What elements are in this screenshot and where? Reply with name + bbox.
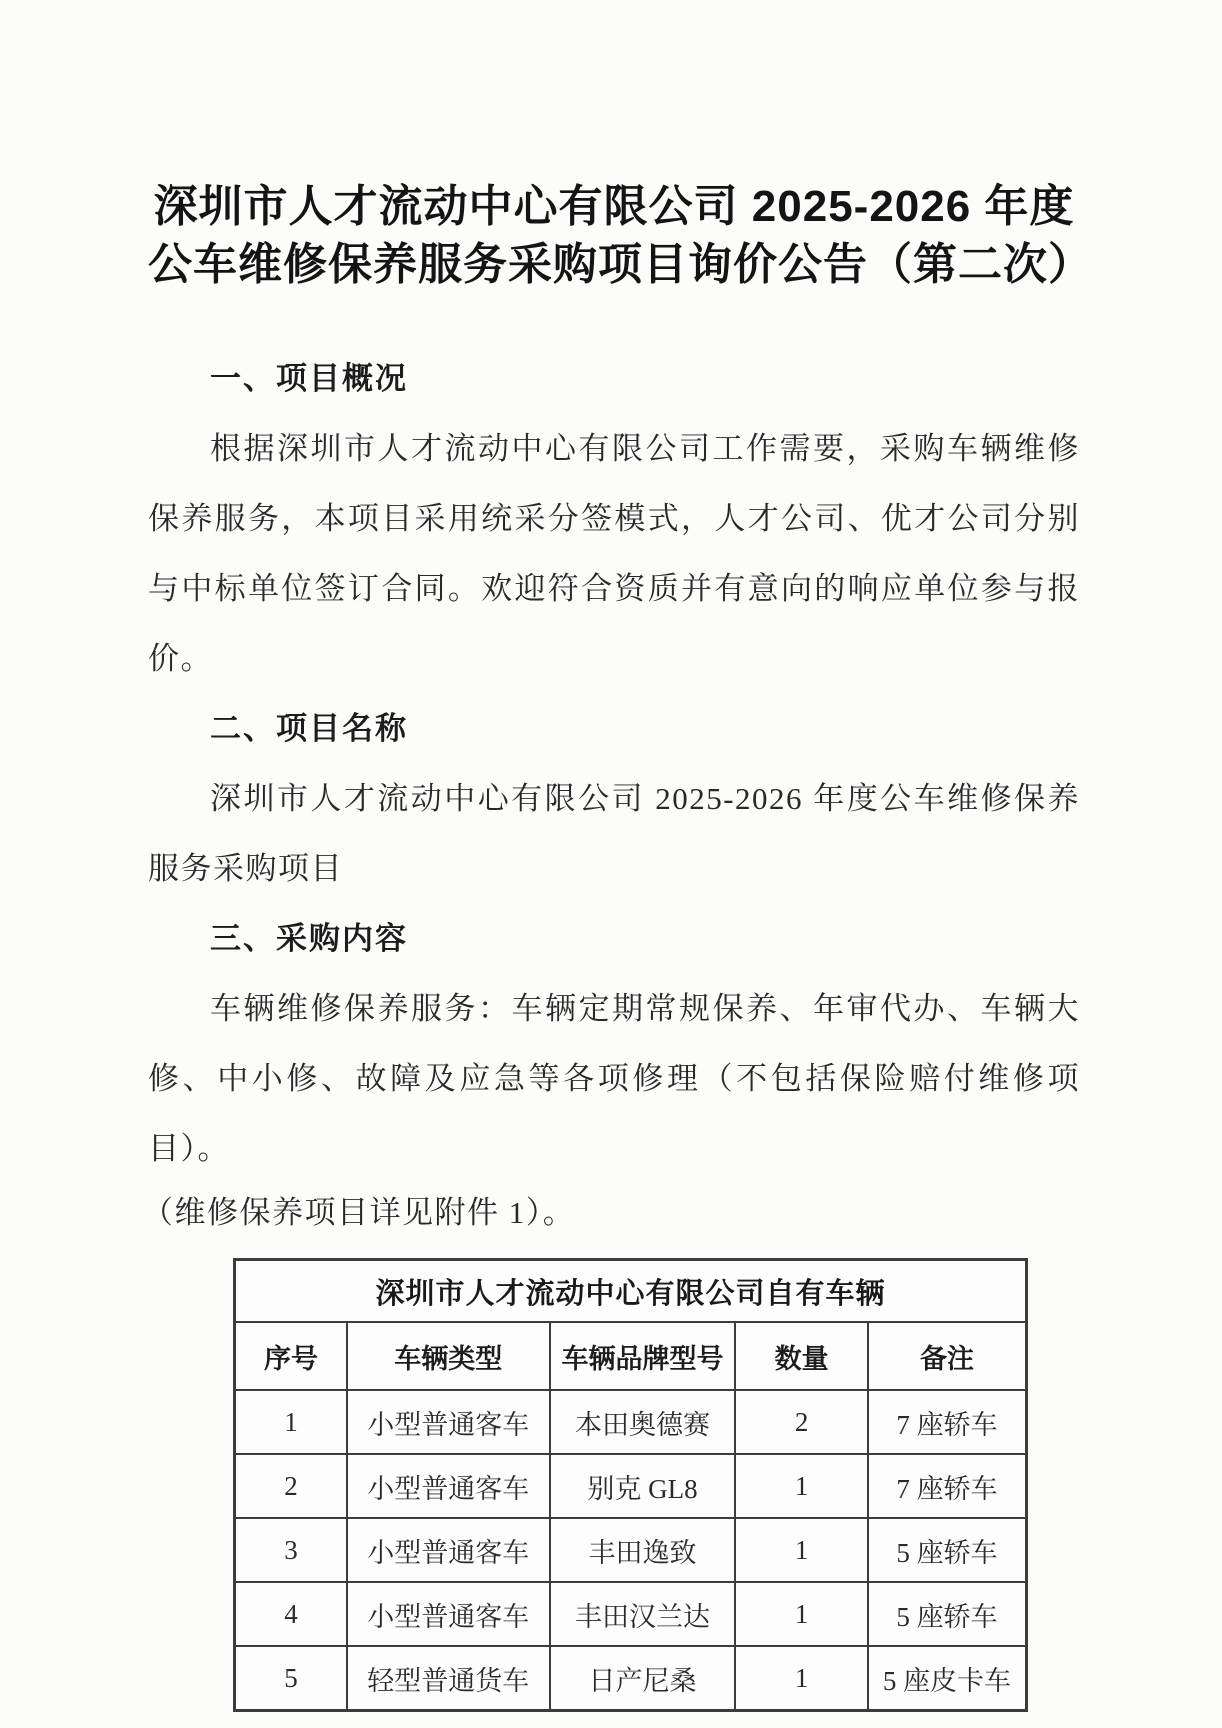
- col-header-serial: 序号: [235, 1322, 347, 1390]
- cell-quantity: 1: [735, 1646, 868, 1711]
- table-row: 1 小型普通客车 本田奥德赛 2 7 座轿车: [235, 1390, 1027, 1454]
- cell-vehicle-type: 小型普通客车: [347, 1582, 550, 1646]
- cell-quantity: 1: [735, 1518, 868, 1582]
- section-1-heading: 一、项目概况: [148, 344, 1080, 414]
- cell-remarks: 5 座轿车: [868, 1582, 1027, 1646]
- cell-quantity: 1: [735, 1454, 868, 1518]
- cell-quantity: 1: [735, 1582, 868, 1646]
- table-title: 深圳市人才流动中心有限公司自有车辆: [235, 1260, 1027, 1323]
- cell-quantity: 2: [735, 1390, 868, 1454]
- table-title-row: 深圳市人才流动中心有限公司自有车辆: [235, 1260, 1027, 1323]
- cell-vehicle-type: 小型普通客车: [347, 1390, 550, 1454]
- cell-vehicle-type: 小型普通客车: [347, 1454, 550, 1518]
- cell-brand-model: 日产尼桑: [550, 1646, 736, 1711]
- cell-serial: 1: [235, 1390, 347, 1454]
- cell-serial: 4: [235, 1582, 347, 1646]
- document-page: 深圳市人才流动中心有限公司 2025-2026 年度 公车维修保养服务采购项目询…: [0, 0, 1222, 1728]
- vehicle-table: 深圳市人才流动中心有限公司自有车辆 序号 车辆类型 车辆品牌型号 数量 备注 1…: [233, 1258, 1028, 1712]
- cell-vehicle-type: 轻型普通货车: [347, 1646, 550, 1711]
- section-1-paragraph: 根据深圳市人才流动中心有限公司工作需要，采购车辆维修保养服务，本项目采用统采分签…: [148, 414, 1080, 694]
- cell-remarks: 5 座轿车: [868, 1518, 1027, 1582]
- cell-brand-model: 丰田逸致: [550, 1518, 736, 1582]
- col-header-vehicle-type: 车辆类型: [347, 1322, 550, 1390]
- document-content: 深圳市人才流动中心有限公司 2025-2026 年度 公车维修保养服务采购项目询…: [0, 0, 1222, 1712]
- table-row: 2 小型普通客车 别克 GL8 1 7 座轿车: [235, 1454, 1027, 1518]
- cell-serial: 2: [235, 1454, 347, 1518]
- document-title-line-2: 公车维修保养服务采购项目询价公告（第二次）: [148, 236, 1080, 294]
- section-3-attachment-note: （维修保养项目详见附件 1）。: [142, 1184, 1080, 1242]
- section-3-paragraph: 车辆维修保养服务：车辆定期常规保养、年审代办、车辆大修、中小修、故障及应急等各项…: [148, 974, 1080, 1184]
- cell-brand-model: 丰田汉兰达: [550, 1582, 736, 1646]
- cell-vehicle-type: 小型普通客车: [347, 1518, 550, 1582]
- table-row: 3 小型普通客车 丰田逸致 1 5 座轿车: [235, 1518, 1027, 1582]
- cell-brand-model: 本田奥德赛: [550, 1390, 736, 1454]
- cell-remarks: 7 座轿车: [868, 1390, 1027, 1454]
- section-2-heading: 二、项目名称: [148, 694, 1080, 764]
- col-header-remarks: 备注: [868, 1322, 1027, 1390]
- table-row: 5 轻型普通货车 日产尼桑 1 5 座皮卡车: [235, 1646, 1027, 1711]
- cell-remarks: 7 座轿车: [868, 1454, 1027, 1518]
- document-title-line-1: 深圳市人才流动中心有限公司 2025-2026 年度: [148, 178, 1080, 236]
- cell-serial: 3: [235, 1518, 347, 1582]
- section-2-paragraph: 深圳市人才流动中心有限公司 2025-2026 年度公车维修保养服务采购项目: [148, 764, 1080, 904]
- col-header-quantity: 数量: [735, 1322, 868, 1390]
- table-header-row: 序号 车辆类型 车辆品牌型号 数量 备注: [235, 1322, 1027, 1390]
- cell-brand-model: 别克 GL8: [550, 1454, 736, 1518]
- cell-remarks: 5 座皮卡车: [868, 1646, 1027, 1711]
- col-header-brand-model: 车辆品牌型号: [550, 1322, 736, 1390]
- table-row: 4 小型普通客车 丰田汉兰达 1 5 座轿车: [235, 1582, 1027, 1646]
- cell-serial: 5: [235, 1646, 347, 1711]
- section-3-heading: 三、采购内容: [148, 904, 1080, 974]
- document-title: 深圳市人才流动中心有限公司 2025-2026 年度 公车维修保养服务采购项目询…: [148, 178, 1080, 294]
